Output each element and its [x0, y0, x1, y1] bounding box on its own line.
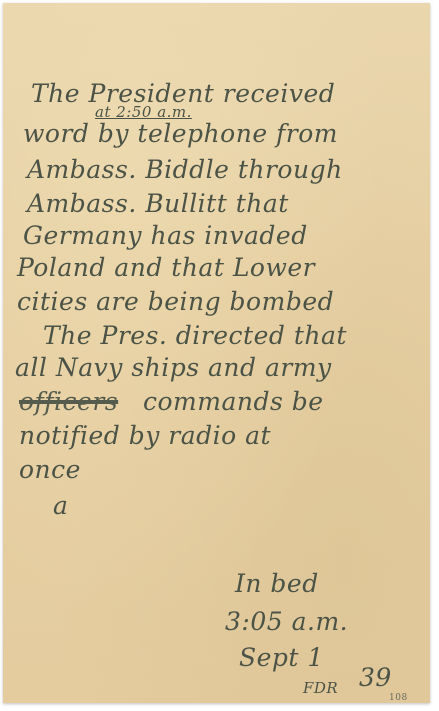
- text-line-12: once: [19, 455, 81, 484]
- signoff-line-1: In bed: [235, 569, 319, 598]
- text-line-3: Ambass. Biddle through: [27, 155, 343, 184]
- text-line-5: Germany has invaded: [23, 221, 308, 250]
- text-line-7: cities are being bombed: [17, 287, 334, 316]
- text-line-13: a: [53, 491, 68, 520]
- text-line-10: commands be: [143, 387, 324, 416]
- signoff-date: Sept 1: [239, 643, 324, 672]
- text-line-6: Poland and that Lower: [17, 253, 315, 282]
- text-line-11: notified by radio at: [19, 421, 271, 450]
- text-line-8: The Pres. directed that: [43, 321, 347, 350]
- text-line-9: all Navy ships and army: [15, 353, 332, 382]
- archive-number: 108: [389, 693, 408, 703]
- year-mark: 39: [359, 663, 392, 692]
- text-line-4: Ambass. Bullitt that: [27, 189, 289, 218]
- struck-word: officers: [19, 387, 118, 416]
- document-page: The President received at 2:50 a.m. word…: [3, 3, 430, 703]
- text-line-2: word by telephone from: [23, 119, 338, 148]
- signoff-time: 3:05 a.m.: [225, 607, 348, 636]
- signoff-initials: FDR: [303, 679, 338, 697]
